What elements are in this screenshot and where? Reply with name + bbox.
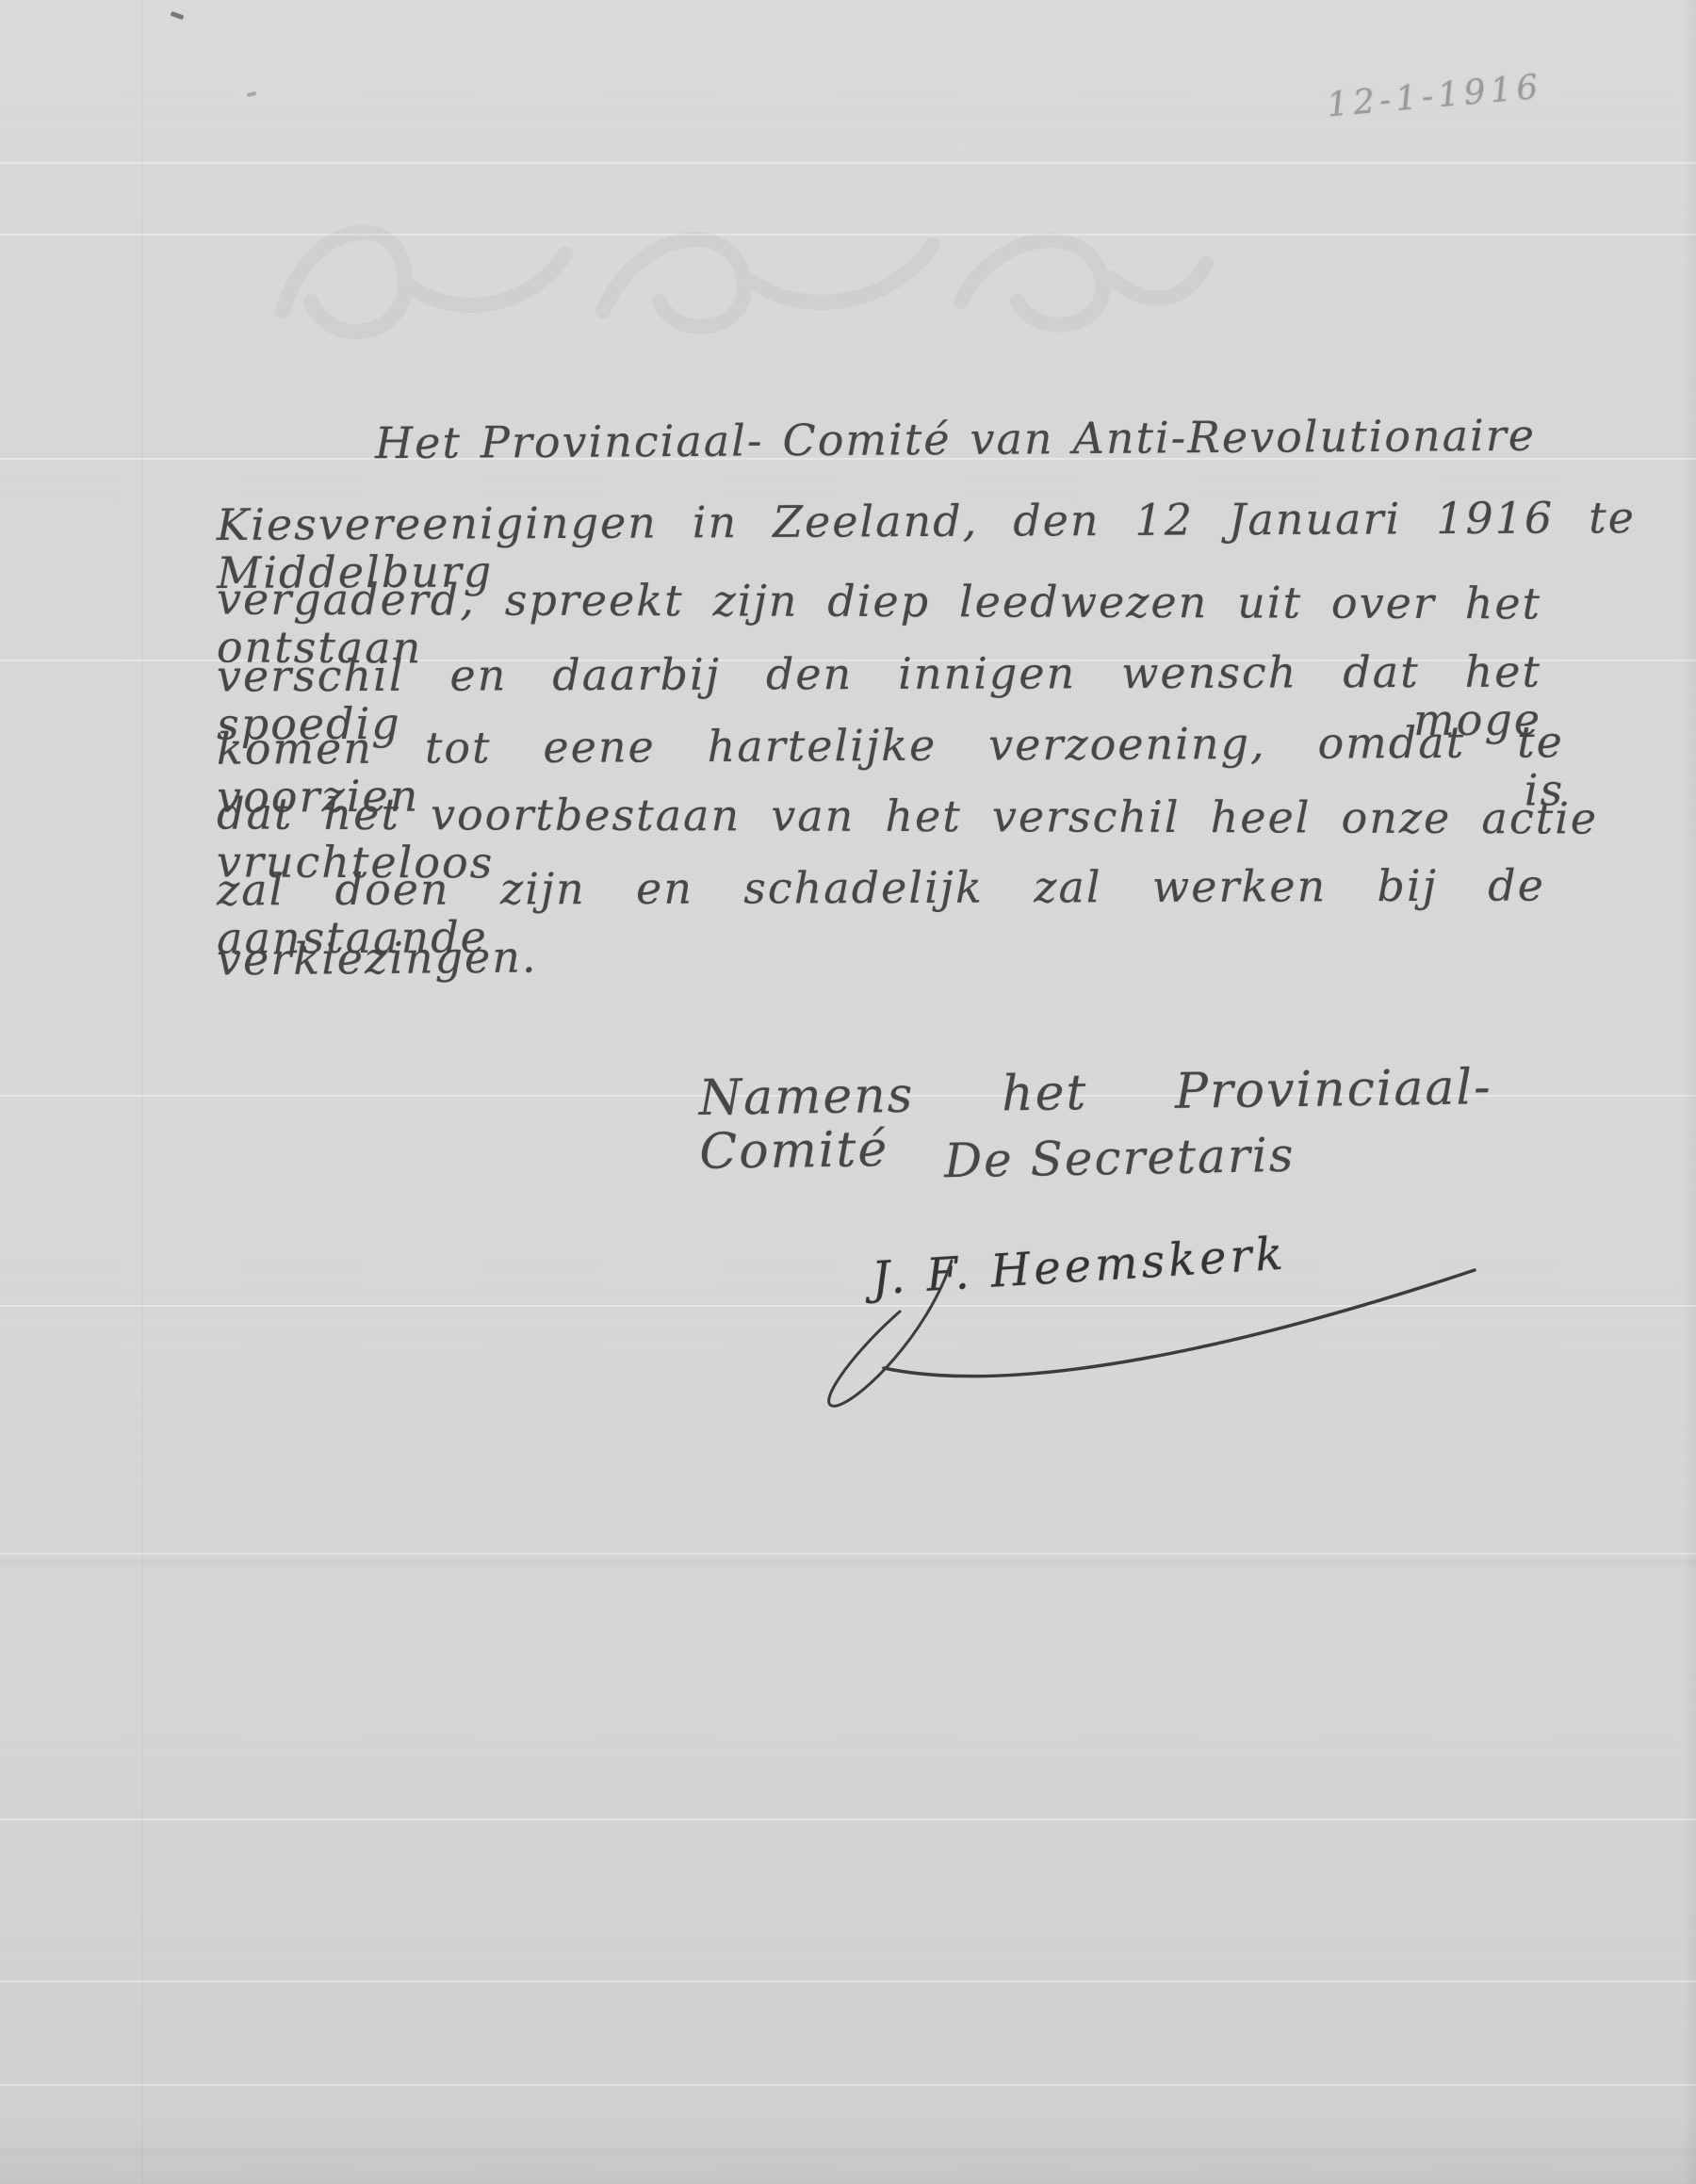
scan-line	[0, 234, 1696, 236]
ink-speck	[171, 11, 185, 20]
paper-fold-line	[141, 0, 143, 2184]
document-scan: 12-1-1916 Het Provinciaal- Comité van An…	[0, 0, 1696, 2184]
scan-line	[0, 1553, 1696, 1555]
signature-text: J. F. Heemskerk	[871, 1230, 1288, 1305]
closing-secretaris-line: De Secretaris	[944, 1130, 1296, 1187]
scan-line	[0, 162, 1696, 164]
paper-edge-shade	[1683, 0, 1696, 2184]
scan-line	[0, 2084, 1696, 2086]
scan-line	[0, 1818, 1696, 1820]
scan-line	[0, 1980, 1696, 1982]
letter-line: verkiezingen.	[217, 934, 538, 985]
scan-shade-band	[0, 1559, 1696, 1566]
scan-line	[0, 1305, 1696, 1307]
ink-speck	[247, 91, 257, 97]
letter-line: Het Provinciaal- Comité van Anti-Revolut…	[375, 412, 1536, 467]
scan-shade-band	[0, 2148, 1696, 2155]
pencil-date-annotation: 12-1-1916	[1326, 68, 1536, 124]
